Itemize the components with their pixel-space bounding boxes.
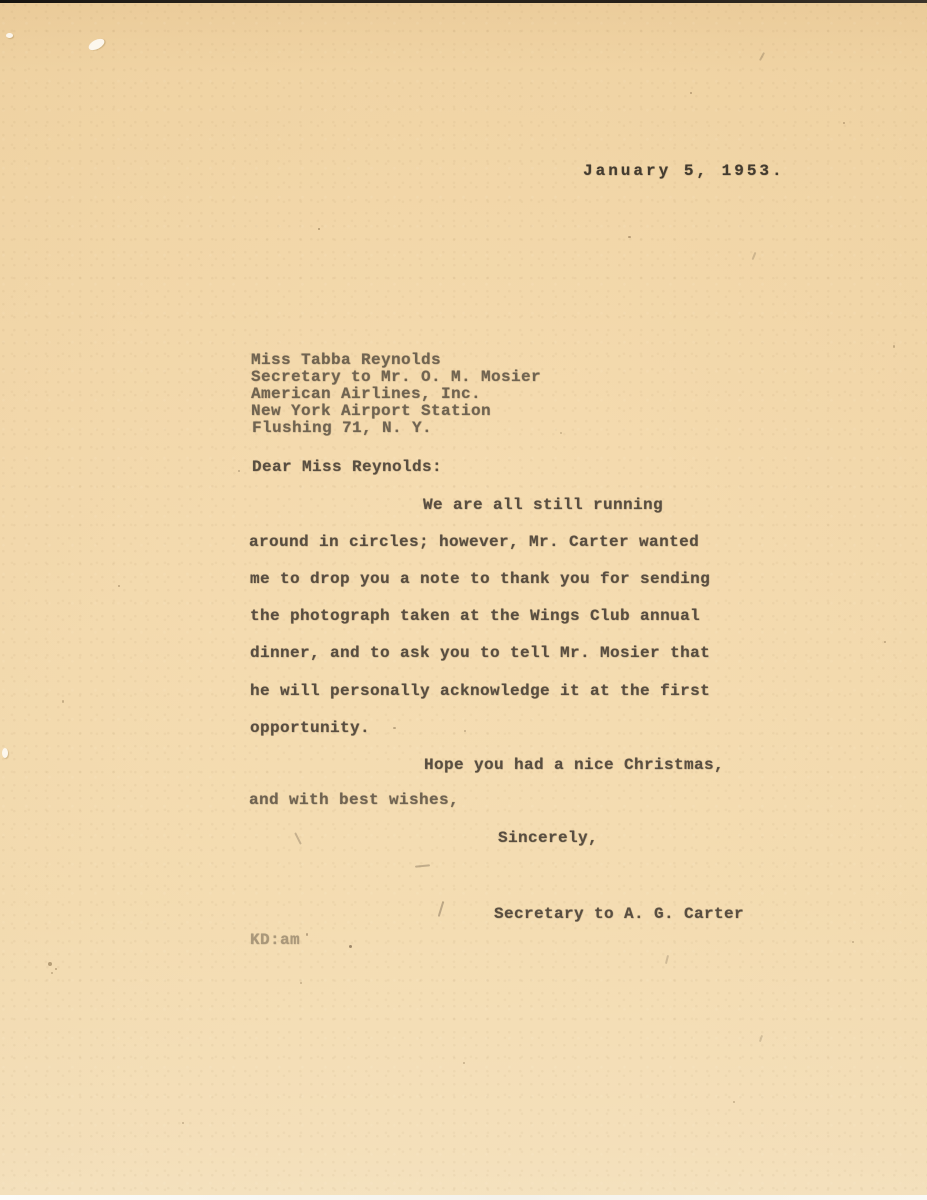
paper-fleck bbox=[87, 37, 106, 53]
body-line: dinner, and to ask you to tell Mr. Mosie… bbox=[250, 645, 710, 662]
recipient-line: Secretary to Mr. O. M. Mosier bbox=[251, 369, 541, 386]
body-line: and with best wishes, bbox=[249, 792, 459, 809]
body-line: around in circles; however, Mr. Carter w… bbox=[249, 534, 699, 551]
speck bbox=[238, 470, 240, 472]
speck-slash bbox=[752, 252, 757, 260]
speck bbox=[300, 982, 302, 984]
letter-page: January 5, 1953. Miss Tabba Reynolds Sec… bbox=[0, 0, 927, 1200]
typist-initials: KD:am bbox=[250, 932, 300, 949]
speck bbox=[843, 122, 845, 124]
salutation: Dear Miss Reynolds: bbox=[252, 459, 442, 476]
signature-title: Secretary to A. G. Carter bbox=[494, 906, 744, 923]
body-line: Hope you had a nice Christmas, bbox=[424, 757, 724, 774]
speck bbox=[852, 941, 854, 943]
speck-slash bbox=[665, 955, 669, 964]
speck bbox=[690, 92, 692, 94]
recipient-line: American Airlines, Inc. bbox=[251, 386, 481, 403]
closing: Sincerely, bbox=[498, 830, 598, 847]
speck bbox=[884, 641, 886, 643]
speck bbox=[318, 228, 320, 230]
body-line: the photograph taken at the Wings Club a… bbox=[250, 608, 700, 625]
paper-grain bbox=[0, 0, 927, 1200]
speck bbox=[893, 345, 895, 348]
recipient-line: New York Airport Station bbox=[251, 403, 491, 420]
speck bbox=[62, 700, 64, 703]
pen-slash-mark bbox=[438, 901, 445, 917]
recipient-line: Flushing 71, N. Y. bbox=[252, 420, 432, 437]
speck bbox=[349, 945, 352, 948]
pen-backslash-mark bbox=[294, 832, 302, 844]
scan-edge-top bbox=[0, 0, 927, 3]
recipient-line: Miss Tabba Reynolds bbox=[251, 352, 441, 369]
speck-slash bbox=[759, 1035, 763, 1042]
body-line: We are all still running bbox=[423, 497, 663, 514]
speck bbox=[560, 432, 562, 434]
speck bbox=[118, 585, 120, 587]
speck bbox=[733, 1101, 735, 1103]
speck bbox=[393, 727, 396, 729]
paper-fleck bbox=[2, 748, 8, 758]
letter-date: January 5, 1953. bbox=[583, 163, 785, 180]
scan-edge-bottom bbox=[0, 1195, 927, 1200]
paper-fleck bbox=[6, 33, 13, 38]
speck-cluster bbox=[48, 962, 52, 966]
body-line: me to drop you a note to thank you for s… bbox=[250, 571, 710, 588]
speck bbox=[463, 1062, 465, 1064]
body-line: he will personally acknowledge it at the… bbox=[250, 683, 710, 700]
speck bbox=[182, 1122, 184, 1124]
speck bbox=[306, 933, 308, 936]
speck bbox=[628, 236, 631, 238]
pen-dash-mark bbox=[415, 864, 430, 867]
speck-slash bbox=[759, 52, 765, 61]
body-line: opportunity. bbox=[250, 720, 370, 737]
speck bbox=[464, 730, 466, 732]
